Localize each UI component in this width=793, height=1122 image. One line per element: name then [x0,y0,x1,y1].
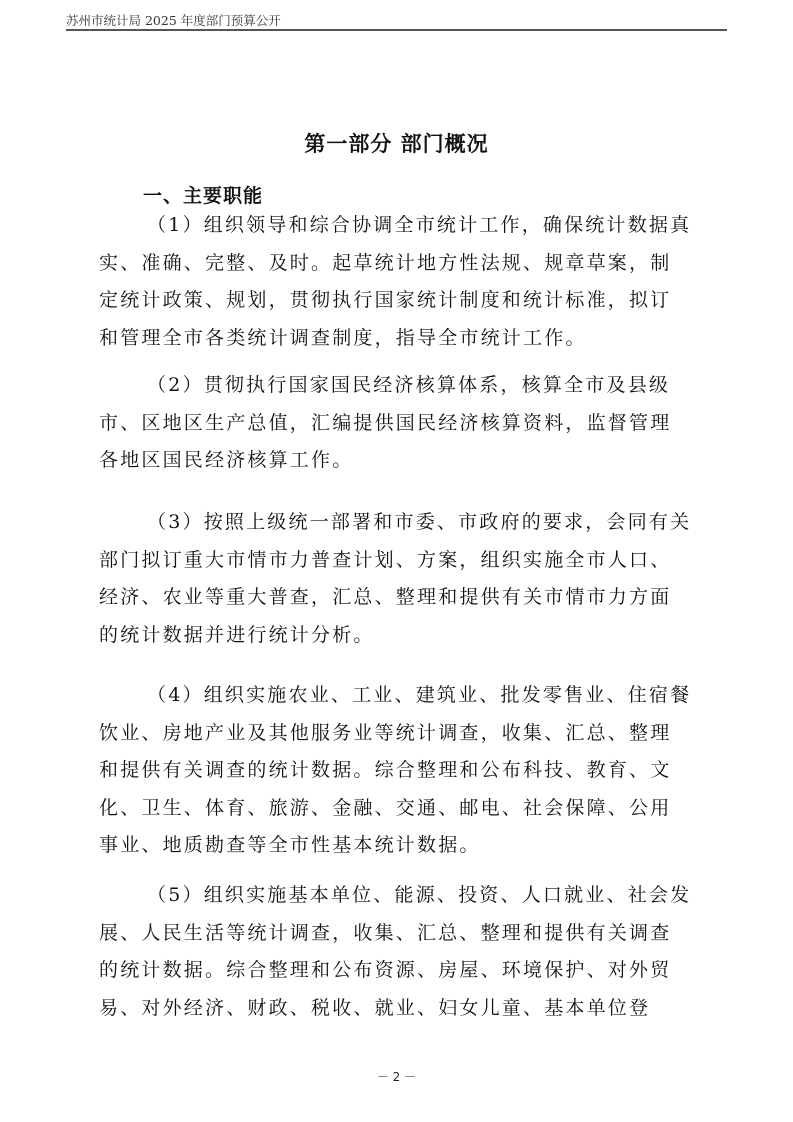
paragraph-1: （1）组织领导和综合协调全市统计工作，确保统计数据真 实、准确、完整、及时。起草… [99,207,709,357]
paragraph-line: 各地区国民经济核算工作。 [99,442,709,480]
paragraph-line: 易、对外经济、财政、税收、就业、妇女儿童、基本单位登 [99,990,709,1028]
paragraph-5: （5）组织实施基本单位、能源、投资、人口就业、社会发 展、人民生活等统计调查，收… [99,877,709,1027]
paragraph-line: （4）组织实施农业、工业、建筑业、批发零售业、住宿餐 [99,677,709,715]
paragraph-3: （3）按照上级统一部署和市委、市政府的要求，会同有关 部门拟订重大市情市力普查计… [99,504,709,654]
part-title: 第一部分 部门概况 [0,128,793,158]
page-number: － 2 － [0,1068,793,1085]
paragraph-line: 和提供有关调查的统计数据。综合整理和公布科技、教育、文 [99,752,709,790]
paragraph-line: 市、区地区生产总值，汇编提供国民经济核算资料，监督管理 [99,405,709,443]
paragraph-2: （2）贯彻执行国家国民经济核算体系，核算全市及县级 市、区地区生产总值，汇编提供… [99,367,709,480]
page-header: 苏州市统计局 2025 年度部门预算公开 [66,9,727,31]
paragraph-line: 经济、农业等重大普查，汇总、整理和提供有关市情市力方面 [99,579,709,617]
paragraph-4: （4）组织实施农业、工业、建筑业、批发零售业、住宿餐 饮业、房地产业及其他服务业… [99,677,709,865]
paragraph-line: 饮业、房地产业及其他服务业等统计调查，收集、汇总、整理 [99,715,709,753]
paragraph-line: 化、卫生、体育、旅游、金融、交通、邮电、社会保障、公用 [99,790,709,828]
paragraph-line: 部门拟订重大市情市力普查计划、方案，组织实施全市人口、 [99,542,709,580]
paragraph-line: 实、准确、完整、及时。起草统计地方性法规、规章草案，制 [99,245,709,283]
paragraph-line: （3）按照上级统一部署和市委、市政府的要求，会同有关 [99,504,709,542]
paragraph-line: 展、人民生活等统计调查，收集、汇总、整理和提供有关调查 [99,915,709,953]
paragraph-line: 的统计数据并进行统计分析。 [99,617,709,655]
section-heading: 一、主要职能 [143,181,263,208]
paragraph-line: 事业、地质勘查等全市性基本统计数据。 [99,827,709,865]
paragraph-line: （1）组织领导和综合协调全市统计工作，确保统计数据真 [99,207,709,245]
header-title: 苏州市统计局 2025 年度部门预算公开 [66,11,281,29]
paragraph-line: 的统计数据。综合整理和公布资源、房屋、环境保护、对外贸 [99,952,709,990]
paragraph-line: （2）贯彻执行国家国民经济核算体系，核算全市及县级 [99,367,709,405]
paragraph-line: 和管理全市各类统计调查制度，指导全市统计工作。 [99,320,709,358]
paragraph-line: （5）组织实施基本单位、能源、投资、人口就业、社会发 [99,877,709,915]
paragraph-line: 定统计政策、规划，贯彻执行国家统计制度和统计标准，拟订 [99,282,709,320]
